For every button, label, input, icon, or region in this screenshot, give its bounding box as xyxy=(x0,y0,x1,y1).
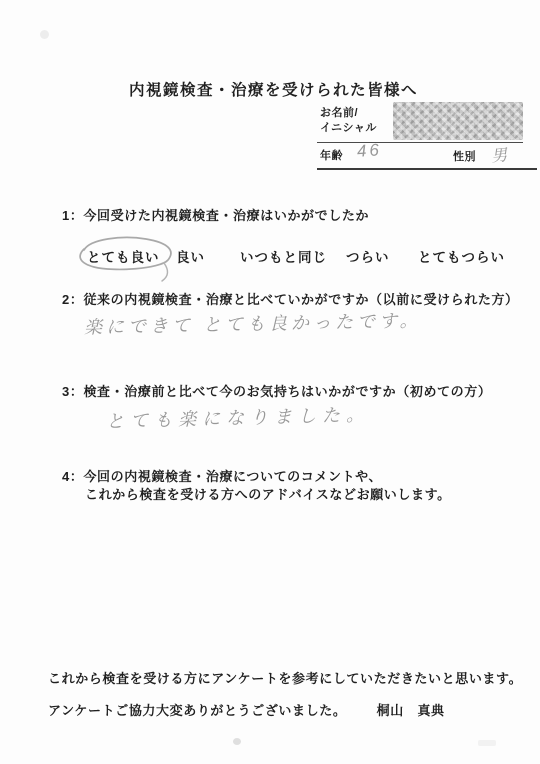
footer-line2: アンケートご協力大変ありがとうございました。 桐山 真典 xyxy=(48,700,445,719)
footer-signature: 桐山 真典 xyxy=(377,703,445,718)
selection-circle-annotation xyxy=(70,233,182,283)
respondent-info-form: お名前/ イニシャル 年齢 46 性別 男 xyxy=(315,100,537,172)
question-2-number: 2： xyxy=(62,292,83,307)
question-2-handwritten-answer: 楽にできて とても良かったです。 xyxy=(84,306,422,339)
question-4-text-line1: 今回の内視鏡検査・治療についてのコメントや、 xyxy=(83,469,382,484)
question-1-heading: 1：今回受けた内視鏡検査・治療はいかがでしたか xyxy=(62,205,369,224)
question-4-text-line2: これから検査を受ける方へのアドバイスなどお願いします。 xyxy=(85,484,451,503)
question-3-handwritten-answer: とても楽になりました。 xyxy=(106,401,371,434)
page-title: 内視鏡検査・治療を受けられた皆様へ xyxy=(129,78,418,100)
gender-label: 性別 xyxy=(453,150,476,165)
name-label-line1: お名前/ xyxy=(320,106,377,121)
question-4-number: 4： xyxy=(62,469,83,484)
scan-speck-bottom-right xyxy=(478,740,496,746)
question-2-heading: 2：従来の内視鏡検査・治療と比べていかがですか（以前に受けられた方） xyxy=(62,289,519,308)
option-totemo-tsurai: とてもつらい xyxy=(418,246,505,266)
option-itsumo-to-onaji: いつもと同じ xyxy=(240,246,327,266)
question-3-heading: 3：検査・治療前と比べて今のお気持ちはいかがですか（初めての方） xyxy=(62,381,491,400)
age-label: 年齢 xyxy=(320,149,343,164)
question-1-number: 1： xyxy=(62,208,83,223)
name-redaction-block xyxy=(393,102,523,140)
age-value-handwritten: 46 xyxy=(356,140,382,162)
question-3-number: 3： xyxy=(62,384,83,399)
gender-value-handwritten: 男 xyxy=(490,142,508,167)
form-divider-line-2 xyxy=(317,168,537,170)
footer-thanks: アンケートご協力大変ありがとうございました。 xyxy=(48,703,346,718)
scan-speck-bottom-center xyxy=(233,738,241,745)
question-4-heading: 4：今回の内視鏡検査・治療についてのコメントや、 xyxy=(62,466,382,485)
questionnaire-page: 内視鏡検査・治療を受けられた皆様へ お名前/ イニシャル 年齢 46 性別 男 … xyxy=(0,0,540,764)
option-tsurai: つらい xyxy=(346,246,390,266)
footer-line1: これから検査を受ける方にアンケートを参考にしていただきたいと思います。 xyxy=(48,668,522,687)
question-2-text: 従来の内視鏡検査・治療と比べていかがですか（以前に受けられた方） xyxy=(83,292,518,307)
name-label-line2: イニシャル xyxy=(320,121,377,136)
scan-speck-top-left xyxy=(40,30,49,39)
question-1-text: 今回受けた内視鏡検査・治療はいかがでしたか xyxy=(83,208,369,223)
question-3-text: 検査・治療前と比べて今のお気持ちはいかがですか（初めての方） xyxy=(83,384,491,399)
